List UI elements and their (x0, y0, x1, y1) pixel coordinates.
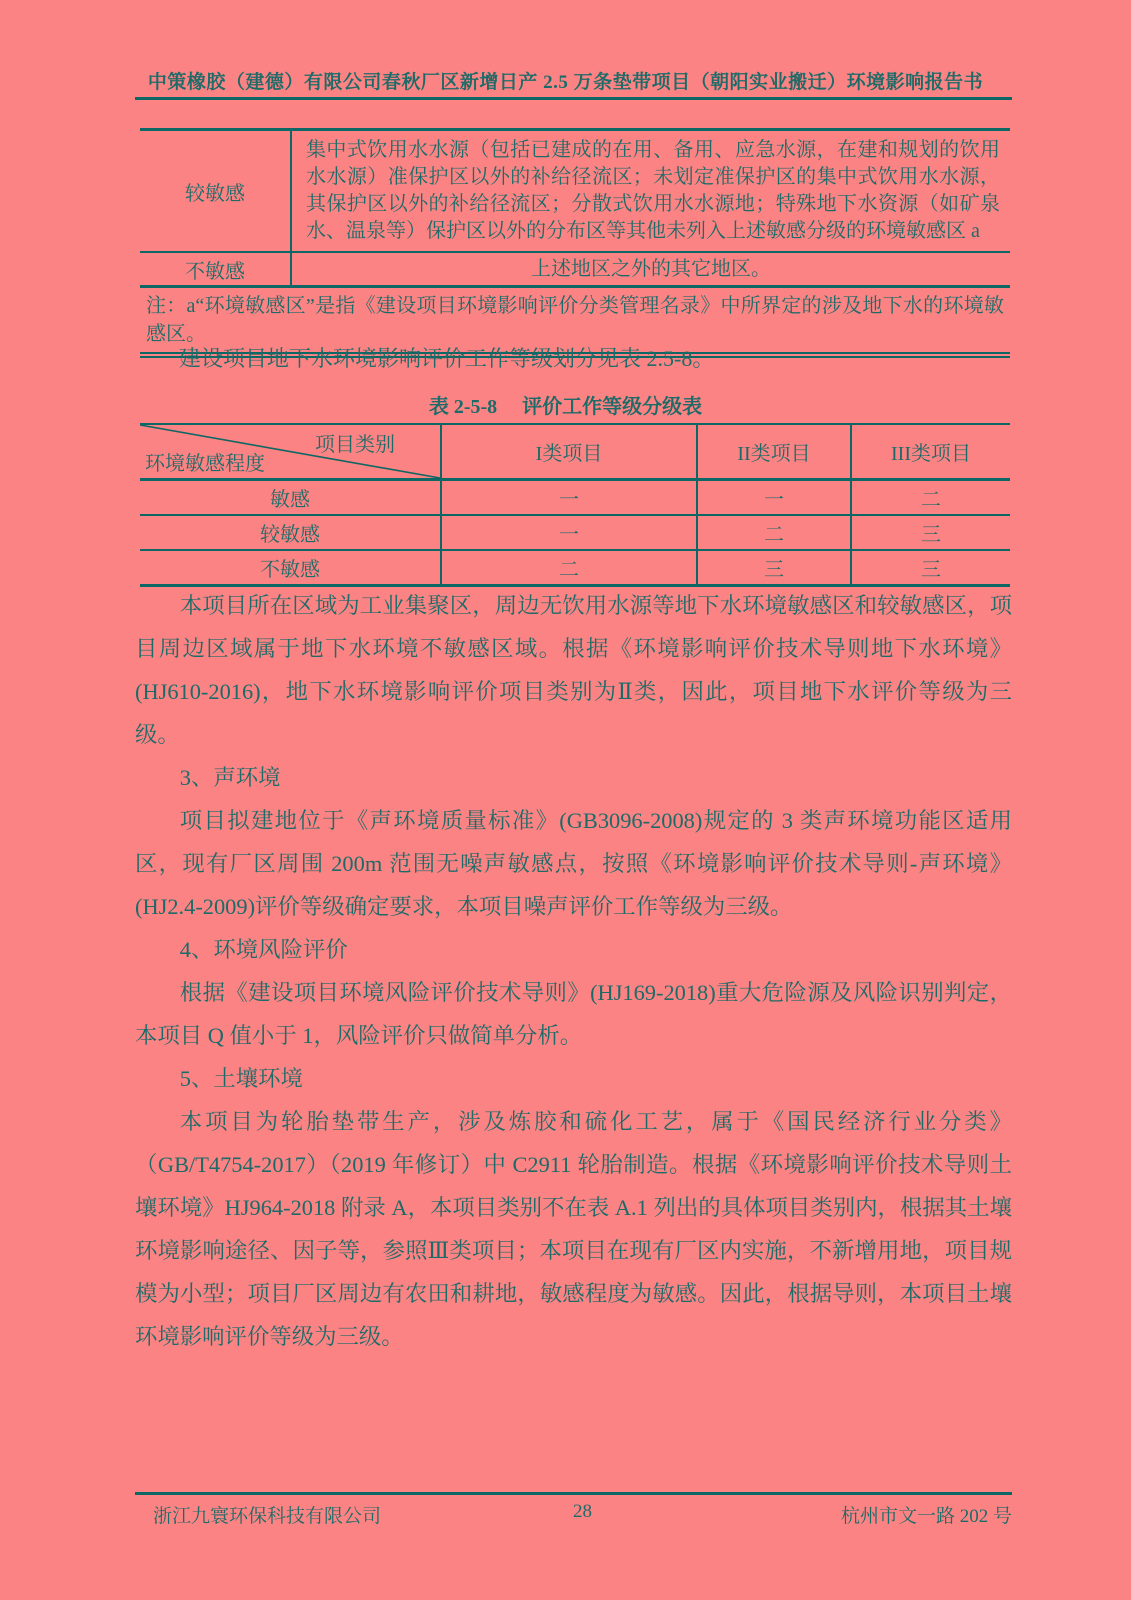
corner-label-bottom: 环境敏感程度 (145, 447, 265, 476)
grade-table: 项目类别 环境敏感程度 I类项目 II类项目 III类项目 敏感 一 一 二 较… (140, 423, 1010, 587)
value-cell: 三 (852, 551, 1010, 584)
value-cell: 一 (698, 481, 852, 514)
description-cell: 集中式饮用水水源（包括已建成的在用、备用、应急水源，在建和规划的饮用水水源）准保… (292, 131, 1010, 251)
sensitivity-table: 较敏感 集中式饮用水水源（包括已建成的在用、备用、应急水源，在建和规划的饮用水水… (140, 128, 1010, 358)
header-rule (135, 97, 1012, 100)
level-cell: 敏感 (140, 481, 442, 514)
page-header-title: 中策橡胶（建德）有限公司春秋厂区新增日产 2.5 万条垫带项目（朝阳实业搬迁）环… (0, 67, 1131, 94)
footer-address: 杭州市文一路 202 号 (726, 1501, 1012, 1528)
value-cell: 一 (442, 481, 698, 514)
table-row: 较敏感 集中式饮用水水源（包括已建成的在用、备用、应急水源，在建和规划的饮用水水… (140, 131, 1010, 253)
table-caption: 表 2-5-8 评价工作等级分级表 (0, 390, 1131, 419)
column-header: III类项目 (852, 425, 1010, 478)
table-row: 敏感 一 一 二 (140, 481, 1010, 516)
value-cell: 三 (698, 551, 852, 584)
corner-label-top: 项目类别 (315, 428, 395, 457)
level-cell: 较敏感 (140, 131, 292, 251)
table-row: 不敏感 二 三 三 (140, 551, 1010, 587)
value-cell: 二 (698, 516, 852, 549)
body-paragraph: 项目拟建地位于《声环境质量标准》(GB3096-2008)规定的 3 类声环境功… (135, 799, 1012, 928)
level-cell: 较敏感 (140, 516, 442, 549)
value-cell: 二 (442, 551, 698, 584)
document-page: 中策橡胶（建德）有限公司春秋厂区新增日产 2.5 万条垫带项目（朝阳实业搬迁）环… (0, 0, 1131, 1600)
body-text: 本项目所在区域为工业集聚区，周边无饮用水源等地下水环境敏感区和较敏感区，项目周边… (135, 584, 1012, 1358)
body-paragraph: 本项目所在区域为工业集聚区，周边无饮用水源等地下水环境敏感区和较敏感区，项目周边… (135, 584, 1012, 756)
footer-company: 浙江九寰环保科技有限公司 (135, 1501, 439, 1528)
section-heading: 5、土壤环境 (135, 1057, 1012, 1100)
corner-cell: 项目类别 环境敏感程度 (140, 425, 442, 478)
footer-rule (135, 1492, 1012, 1495)
body-paragraph: 本项目为轮胎垫带生产，涉及炼胶和硫化工艺，属于《国民经济行业分类》（GB/T47… (135, 1100, 1012, 1358)
value-cell: 三 (852, 516, 1010, 549)
table-row: 不敏感 上述地区之外的其它地区。 (140, 253, 1010, 288)
column-header: II类项目 (698, 425, 852, 478)
page-footer: 浙江九寰环保科技有限公司 28 杭州市文一路 202 号 (135, 1501, 1012, 1528)
intro-paragraph: 建设项目地下水环境影响评价工作等级划分见表 2.5-8。 (135, 342, 1012, 373)
level-cell: 不敏感 (140, 551, 442, 584)
body-paragraph: 根据《建设项目环境风险评价技术导则》(HJ169-2018)重大危险源及风险识别… (135, 971, 1012, 1057)
page-number: 28 (439, 1501, 725, 1528)
section-heading: 4、环境风险评价 (135, 928, 1012, 971)
value-cell: 一 (442, 516, 698, 549)
value-cell: 二 (852, 481, 1010, 514)
column-header: I类项目 (442, 425, 698, 478)
section-heading: 3、声环境 (135, 756, 1012, 799)
table-row: 较敏感 一 二 三 (140, 516, 1010, 551)
description-cell: 上述地区之外的其它地区。 (292, 253, 1010, 285)
level-cell: 不敏感 (140, 253, 292, 285)
grade-table-header: 项目类别 环境敏感程度 I类项目 II类项目 III类项目 (140, 425, 1010, 481)
